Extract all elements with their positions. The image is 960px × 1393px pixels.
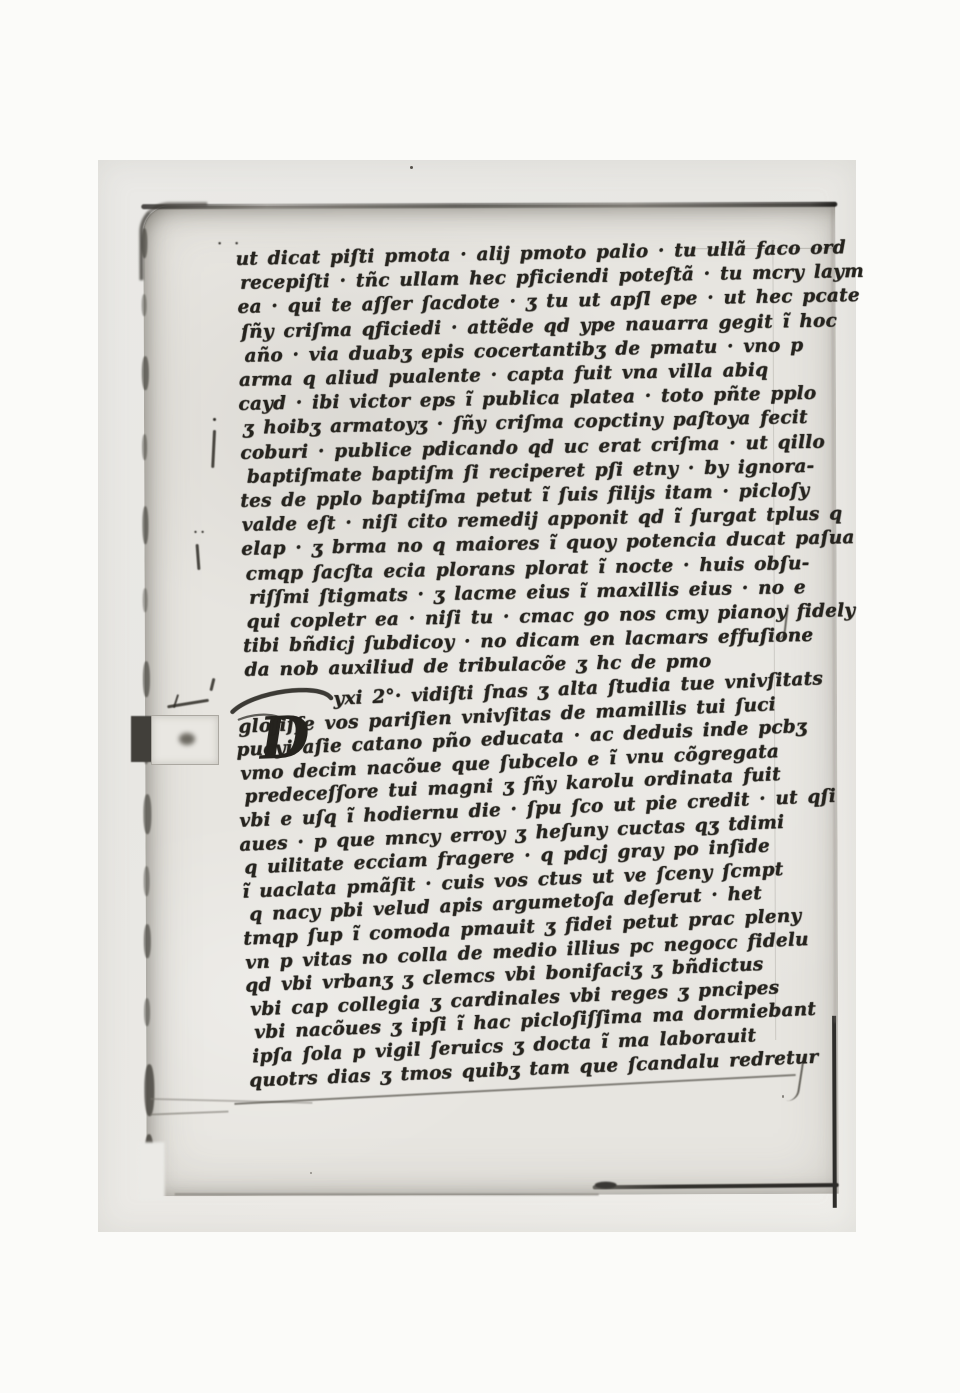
binding-tab-shadow [131,716,153,762]
torn-edge-chip [142,506,148,544]
dust-speck [782,1095,784,1098]
torn-edge-chip [143,588,148,612]
page-edge-top [141,202,837,209]
manuscript-photo: · · ·· ut dicat piſti pmota · alij pmoto… [98,160,856,1232]
torn-edge-chip [143,794,151,834]
page-edge-bottom-right [593,1183,839,1189]
margin-mark-dot [213,418,216,421]
binding-tab [131,715,217,763]
torn-edge-chip [144,866,150,896]
torn-edge-chip [144,998,150,1026]
margin-mark-stroke [211,430,215,468]
dust-speck [410,166,413,169]
dust-speck [310,1172,312,1174]
margin-mark-stroke [196,544,200,570]
torn-edge-chip [142,434,147,460]
torn-edge-notch [139,1142,165,1200]
page-edge-bottom-left [175,1193,599,1195]
text-block-1: ut dicat piſti pmota · alij pmoto palio … [235,236,871,684]
page-edge-blot [595,1182,617,1189]
torn-edge-chip [141,228,147,258]
underline-dash [150,1111,228,1116]
manuscript-page: · · ·· ut dicat piſti pmota · alij pmoto… [143,204,838,1196]
torn-edge-chip [144,924,151,958]
page-corner-top-left [139,202,207,280]
binding-tab-smudge [179,733,195,745]
margin-mark-tick [209,678,215,691]
torn-edge-chip [144,1064,154,1116]
margin-mark-dots: ·· [193,528,207,536]
text-block-2: yxi 2°· vidiſti ſnas ʒ alta ſtudia tue v… [233,667,847,1093]
torn-edge-chip [142,356,149,390]
torn-edge-chip [143,661,150,697]
torn-edge-chip [142,294,147,316]
